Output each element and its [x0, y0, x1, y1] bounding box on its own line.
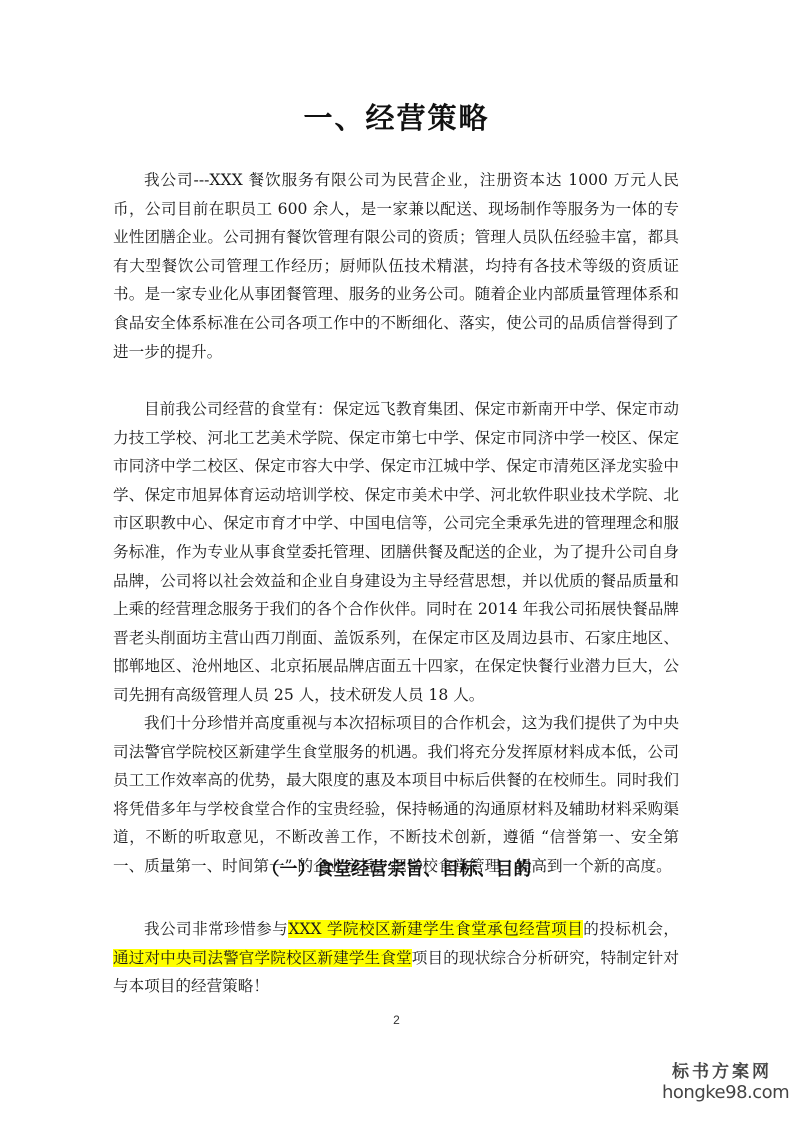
page-title: 一、经营策略 [0, 96, 793, 137]
paragraph-bid-intro: 我公司非常珍惜参与XXX 学院校区新建学生食堂承包经营项目的投标机会，通过对中央… [113, 915, 679, 1001]
highlighted-text: 通过对中央司法警官学院校区新建学生食堂 [113, 949, 412, 967]
page-number: 2 [0, 1013, 793, 1027]
watermark-en: hongke98.com [662, 1082, 782, 1104]
watermark-logo: 标书方案网 hongke98.com [662, 1062, 782, 1104]
paragraph-canteens: 目前我公司经营的食堂有：保定远飞教育集团、保定市新南开中学、保定市动力技工学校、… [113, 395, 679, 710]
paragraph-company-intro: 我公司---XXX 餐饮服务有限公司为民营企业，注册资本达 1000 万元人民币… [113, 166, 679, 366]
watermark-cn: 标书方案网 [662, 1062, 782, 1082]
highlighted-text: XXX 学院校区新建学生食堂承包经营项目 [288, 920, 583, 938]
text-run: 我公司非常珍惜参与 [144, 920, 288, 938]
section-subtitle: （一）食堂经营宗旨、目标、目的 [0, 855, 793, 881]
text-run: 的投标机会， [583, 920, 679, 938]
